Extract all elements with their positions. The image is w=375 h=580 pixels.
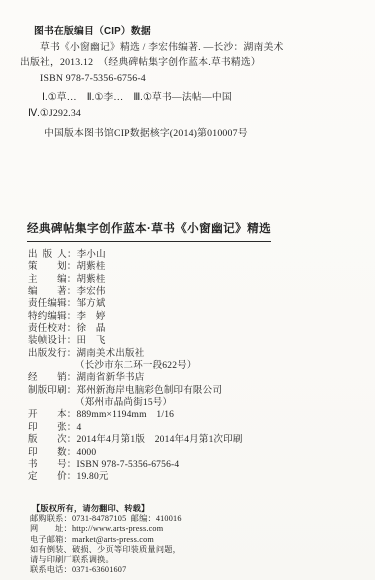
colophon-value: 2014年4月第1版 2014年4月第1次印刷 xyxy=(77,435,243,445)
colophon-value: 李 婷 xyxy=(77,312,106,322)
colophon-label: 装帧设计： xyxy=(28,336,77,346)
series-title: 经典碑帖集字创作蓝本·草书《小窗幽记》精选 xyxy=(27,220,271,242)
colophon-row-publisher-person: 出 版 人：李小山 xyxy=(28,249,367,261)
colophon-label: 出 版 人： xyxy=(28,250,77,260)
colophon-value: 徐 晶 xyxy=(77,324,106,334)
colophon-row-price: 定 价：19.80元 xyxy=(28,471,367,483)
colophon-row-proofreader: 责任校对：徐 晶 xyxy=(28,323,367,335)
copyright-notice: 【版权所有，请勿翻印、转载】 邮购联系：0731-84787105 邮编：410… xyxy=(30,503,367,576)
notice-website-line: 网 址：http://www.arts-press.com xyxy=(30,524,367,534)
colophon-label: 责任校对： xyxy=(28,324,77,334)
colophon-value: 湖南省新华书店 xyxy=(77,373,145,383)
colophon-row-edition: 版 次：2014年4月第1版 2014年4月第1次印刷 xyxy=(28,434,367,446)
colophon-row-printer: 制版印刷：郑州新海岸电脑彩色制印有限公司 xyxy=(28,385,367,397)
colophon-row-planner: 策 划：胡紫桂 xyxy=(28,261,367,273)
colophon-value: 4 xyxy=(77,423,82,433)
colophon-row-book-number: 书 号：ISBN 978-7-5356-6756-4 xyxy=(28,459,367,471)
colophon-label: 特约编辑： xyxy=(28,312,77,322)
colophon-label: 开 本： xyxy=(28,410,77,420)
colophon-row-print-run: 印 数：4000 xyxy=(28,447,367,459)
colophon-label: 印 张： xyxy=(28,423,77,433)
notice-quality-line-1: 如有倒装、破损、少页等印装质量问题， xyxy=(30,545,367,555)
colophon-row-format: 开 本：889mm×1194mm 1/16 xyxy=(28,409,367,421)
colophon-row-chief-editor: 主 编：胡紫桂 xyxy=(28,274,367,286)
colophon-value: 湖南美术出版社 xyxy=(77,349,145,359)
colophon-value: 邹方斌 xyxy=(77,299,106,309)
colophon-row-responsible-editor: 责任编辑：邹方斌 xyxy=(28,298,367,310)
colophon-label: 制版印刷： xyxy=(28,386,77,396)
notice-quality-line-2: 请与印刷厂联系调换。 xyxy=(30,555,367,565)
colophon-label: 编 著： xyxy=(28,287,77,297)
colophon-row-distributor: 经 销：湖南省新华书店 xyxy=(28,372,367,384)
cip-header: 图书在版编目（CIP）数据 xyxy=(34,24,363,40)
colophon-value: （长沙市东二环一段622号） xyxy=(75,361,197,371)
colophon-value: 田 飞 xyxy=(77,336,106,346)
colophon-label: 责任编辑： xyxy=(28,299,77,309)
colophon-row-publisher: 出版发行：湖南美术出版社 xyxy=(28,348,367,360)
colophon-row-designer: 装帧设计：田 飞 xyxy=(28,335,367,347)
cip-block: 图书在版编目（CIP）数据 草书《小窗幽记》精选 / 李宏伟编著. —长沙：湖南… xyxy=(20,24,363,142)
colophon-label: 主 编： xyxy=(28,275,77,285)
colophon-value: 4000 xyxy=(77,448,97,458)
colophon-value: 19.80元 xyxy=(77,472,109,482)
colophon-value: ISBN 978-7-5356-6756-4 xyxy=(77,460,180,470)
notice-mail-order-line: 邮购联系：0731-84787105 邮编：410016 xyxy=(30,514,367,524)
colophon-value: 郑州新海岸电脑彩色制印有限公司 xyxy=(77,386,223,396)
colophon-label: 版 次： xyxy=(28,435,77,445)
colophon-label: 出版发行： xyxy=(28,349,77,359)
colophon-list: 出 版 人：李小山 策 划：胡紫桂 主 编：胡紫桂 编 著：李宏伟 责任编辑：邹… xyxy=(28,249,367,484)
copyright-notice-header: 【版权所有，请勿翻印、转载】 xyxy=(32,503,367,514)
colophon-value: 胡紫桂 xyxy=(77,275,106,285)
colophon-row-sheets: 印 张：4 xyxy=(28,422,367,434)
cip-classification-line-2: Ⅳ.①J292.34 xyxy=(28,106,363,122)
colophon-label: 经 销： xyxy=(28,373,77,383)
colophon-label: 定 价： xyxy=(28,472,77,482)
colophon-row-special-editor: 特约编辑：李 婷 xyxy=(28,311,367,323)
cip-classification-line-1: Ⅰ.①草… Ⅱ.①李… Ⅲ.①草书—法帖—中国 xyxy=(42,90,363,106)
colophon-value: （郑州市晶尚街15号） xyxy=(75,398,172,408)
copyright-page: 图书在版编目（CIP）数据 草书《小窗幽记》精选 / 李宏伟编著. —长沙：湖南… xyxy=(0,0,375,580)
colophon-value: 889mm×1194mm 1/16 xyxy=(77,410,175,420)
printer-address: （郑州市晶尚街15号） xyxy=(28,397,367,409)
colophon-label: 印 数： xyxy=(28,448,77,458)
publisher-address: （长沙市东二环一段622号） xyxy=(28,360,367,372)
cip-record-number: 中国版本图书馆CIP数据核字(2014)第010007号 xyxy=(44,126,363,142)
notice-email-line: 电子邮箱：market@arts-press.com xyxy=(30,535,367,545)
colophon-row-author: 编 著：李宏伟 xyxy=(28,286,367,298)
cip-isbn: ISBN 978-7-5356-6756-4 xyxy=(40,71,363,87)
notice-phone-line: 联系电话：0371-63601607 xyxy=(30,565,367,575)
cip-title-line-1: 草书《小窗幽记》精选 / 李宏伟编著. —长沙：湖南美术 xyxy=(40,40,363,56)
colophon-label: 书 号： xyxy=(28,460,77,470)
colophon-value: 胡紫桂 xyxy=(77,262,106,272)
colophon-value: 李宏伟 xyxy=(77,287,106,297)
colophon-label: 策 划： xyxy=(28,262,77,272)
colophon-value: 李小山 xyxy=(77,250,106,260)
cip-title-line-2: 出版社，2013.12 （经典碑帖集字创作蓝本.草书精选） xyxy=(20,55,363,71)
